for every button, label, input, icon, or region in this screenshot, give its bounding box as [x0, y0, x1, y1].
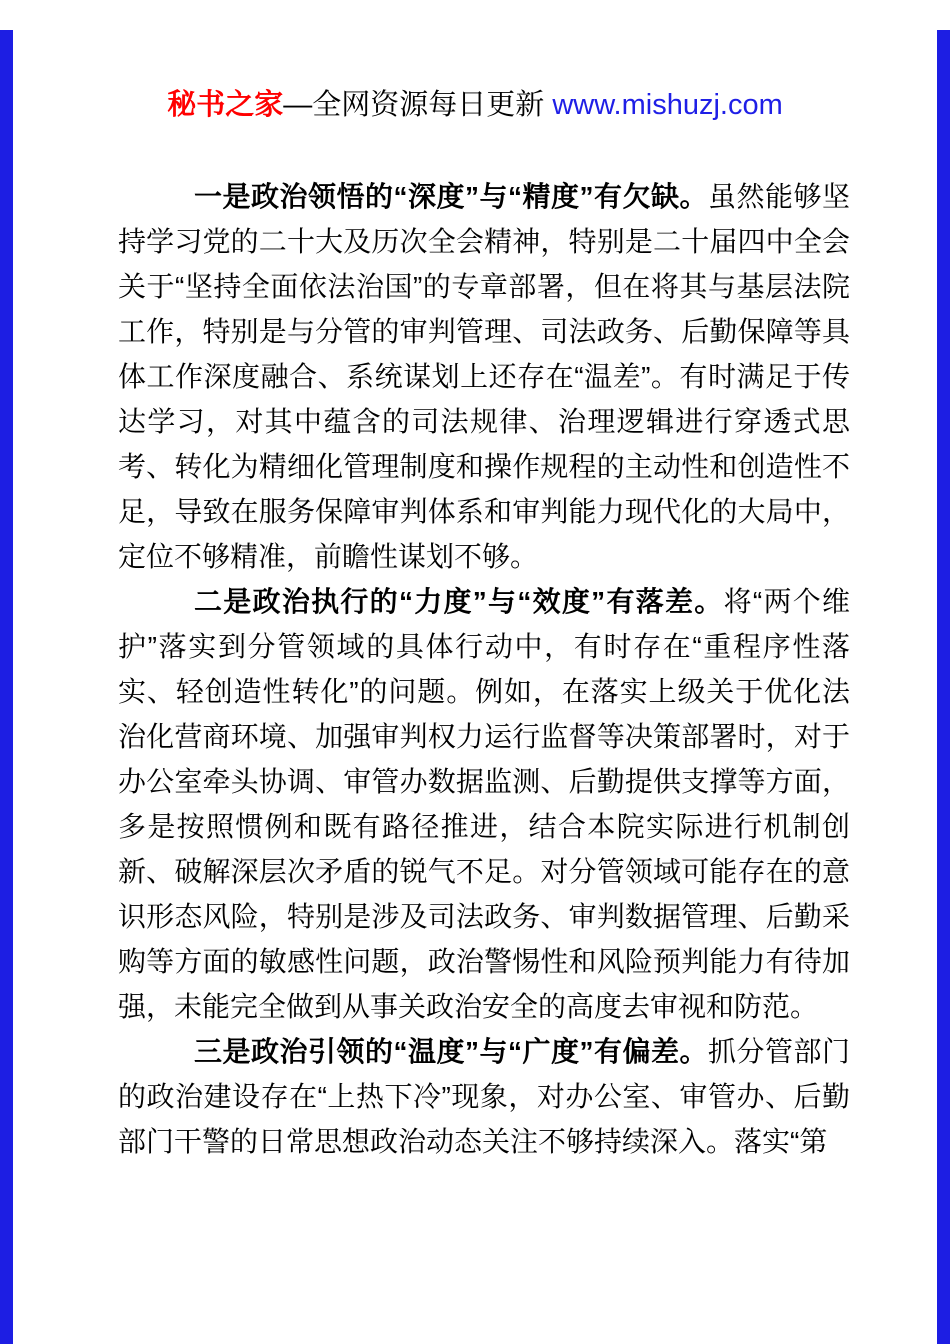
document-body: 一是政治领悟的“深度”与“精度”有欠缺。虽然能够坚持学习党的二十大及历次全会精神… [118, 174, 850, 1164]
paragraph: 一是政治领悟的“深度”与“精度”有欠缺。虽然能够坚持学习党的二十大及历次全会精神… [118, 174, 850, 579]
document-page: 秘书之家—全网资源每日更新 www.mishuzj.com 一是政治领悟的“深度… [0, 0, 950, 1344]
paragraph-text: 将“两个维护”落实到分管领域的具体行动中，有时存在“重程序性落实、轻创造性转化”… [118, 586, 850, 1022]
site-url[interactable]: www.mishuzj.com [552, 89, 782, 121]
paragraph: 三是政治引领的“温度”与“广度”有偏差。抓分管部门的政治建设存在“上热下冷”现象… [118, 1029, 850, 1164]
site-header: 秘书之家—全网资源每日更新 www.mishuzj.com [0, 86, 950, 124]
brand-name: 秘书之家 [167, 89, 283, 121]
paragraph-lead: 三是政治引领的“温度”与“广度”有偏差。 [194, 1036, 708, 1067]
paragraph-lead: 二是政治执行的“力度”与“效度”有落差。 [194, 586, 724, 617]
right-border-bar [937, 30, 950, 1344]
header-tagline: —全网资源每日更新 [283, 89, 552, 121]
paragraph: 二是政治执行的“力度”与“效度”有落差。将“两个维护”落实到分管领域的具体行动中… [118, 579, 850, 1029]
paragraph-text: 虽然能够坚持学习党的二十大及历次全会精神，特别是二十届四中全会关于“坚持全面依法… [118, 181, 850, 572]
paragraph-lead: 一是政治领悟的“深度”与“精度”有欠缺。 [194, 181, 708, 212]
left-border-bar [0, 30, 13, 1344]
